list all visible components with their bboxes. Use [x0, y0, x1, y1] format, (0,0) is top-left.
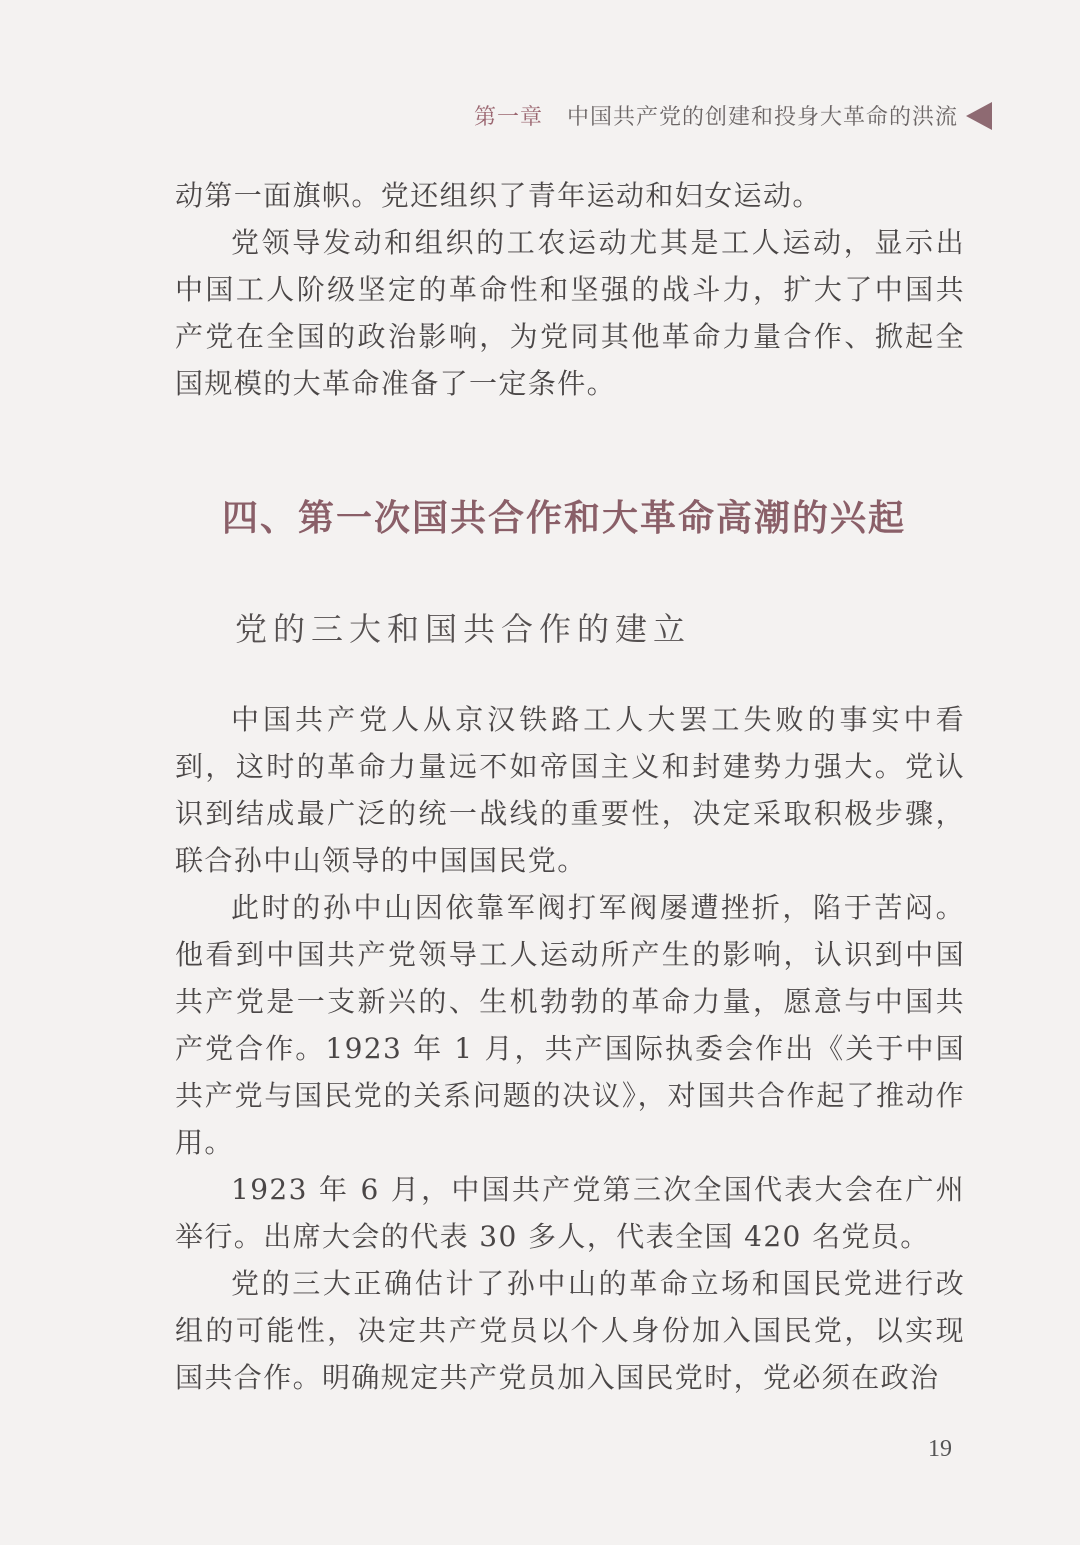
section-1-text: 动第一面旗帜。党还组织了青年运动和妇女运动。 党领导发动和组织的工农运动尤其是工… — [175, 172, 965, 407]
triangle-marker-icon — [966, 102, 992, 130]
section-heading: 四、第一次国共合作和大革命高潮的兴起 — [222, 490, 906, 541]
paragraph: 此时的孙中山因依靠军阀打军阀屡遭挫折，陷于苦闷。他看到中国共产党领导工人运动所产… — [175, 884, 965, 1166]
page-number: 19 — [928, 1436, 952, 1463]
chapter-label: 第一章 — [474, 100, 543, 131]
section-2-text: 中国共产党人从京汉铁路工人大罢工失败的事实中看到，这时的革命力量远不如帝国主义和… — [175, 696, 965, 1401]
subsection-heading: 党的三大和国共合作的建立 — [235, 604, 691, 650]
chapter-title: 中国共产党的创建和投身大革命的洪流 — [567, 100, 958, 131]
paragraph: 动第一面旗帜。党还组织了青年运动和妇女运动。 — [175, 172, 965, 219]
paragraph: 党领导发动和组织的工农运动尤其是工人运动，显示出中国工人阶级坚定的革命性和坚强的… — [175, 219, 965, 407]
paragraph: 党的三大正确估计了孙中山的革命立场和国民党进行改组的可能性，决定共产党员以个人身… — [175, 1260, 965, 1401]
running-header: 第一章 中国共产党的创建和投身大革命的洪流 — [474, 100, 992, 131]
paragraph: 1923 年 6 月，中国共产党第三次全国代表大会在广州举行。出席大会的代表 3… — [175, 1166, 965, 1260]
paragraph: 中国共产党人从京汉铁路工人大罢工失败的事实中看到，这时的革命力量远不如帝国主义和… — [175, 696, 965, 884]
